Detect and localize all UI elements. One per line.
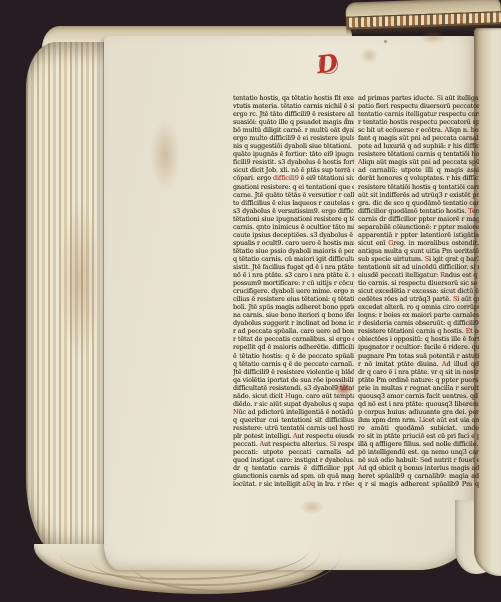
text-line: sicut dicit Job. xli. nō ē ptās sup terr… (233, 166, 354, 174)
text-line: pugnare Pm totas suā potentiā r astutiā (358, 352, 479, 360)
text-line: suasiōi: quāto ille q psuadet magis amat… (233, 118, 354, 126)
text-line: ro sit in ptāte priuciō est cū pri faci … (358, 432, 479, 440)
text-line: repellit qd ē maioris adherētie. diffici… (233, 343, 354, 351)
text-line: q tētatio carnis q ē de peccato carnali. (233, 360, 354, 368)
book-photograph: D tentatio hostis, qa tētatio hostis fit… (0, 0, 501, 602)
text-line: q queritur cui tentationi sit difficiliu… (233, 416, 354, 424)
text-line: nē suā odio habuit: Sed nutrit r fouet e… (358, 456, 479, 464)
text-line: patio fieri respectu diuersorū peccatorū… (358, 102, 479, 110)
text-line: cedētes rōes ad utrāq3 partē. Si aūt qra… (358, 295, 479, 303)
text-line: spualis r ocult9. caro uero ē hostis man… (233, 239, 354, 247)
text-line: p corpus huius: adiuuante gra dei. per (358, 408, 479, 416)
text-line: gnationi resistere: q ei tentationi que … (233, 183, 354, 191)
text-line: plr potest intelligi. Aut respectu eiusd… (233, 432, 354, 440)
text-line: dyabolus suggerit r inclinat ad bona ice… (233, 319, 354, 327)
text-column-left: tentatio hostis, qa tētatio hostis fit e… (233, 94, 354, 488)
text-line: sistit. Jtē facilius fugat qd ē i nra pt… (233, 263, 354, 271)
text-line: nādo. sicut dicit Hugo. caro aūt temptat… (233, 392, 354, 400)
text-line: iocūtat. r sic intelligit aDq in lra. r … (233, 480, 354, 488)
text-line: resistere tētationi carnis q hostis. Et … (358, 327, 479, 335)
text-line: crucifigere. dyaboli uero mime. ergo mul… (233, 287, 354, 295)
text-line: ptāte Pm ordinē nature: q ppter puersita… (358, 376, 479, 384)
text-line: carnis dr difficilior ppter maiorē r mag… (358, 215, 479, 223)
text-line: Nūc ad pdictorū intelligentiā ē notādū: (233, 408, 354, 416)
rubricated-quire-mark: D (316, 51, 340, 77)
text-line: peccati: utpote peccati carnalis ad (233, 448, 354, 456)
text-line: resistere tētationi carnis q tentatiōi h… (358, 150, 479, 158)
text-line: sub specie uirtutum. Si igit qrat q bar3 (358, 255, 479, 263)
text-line: eiusdē peccati itelligatur: Rndus est q … (358, 271, 479, 279)
foxing-speck (384, 40, 387, 43)
text-line: diēdo. r sic aiūt supat dyabolus q supat (233, 400, 354, 408)
text-line: r tētat de peccatis carnalibus. si ergo … (233, 335, 354, 343)
text-line: tētationi siue ipugnationi resistere q t… (233, 215, 354, 223)
text-line: quod instigat caro: instigat r dyabolus.… (233, 456, 354, 464)
text-line: ad carnaliū: utpote illi q magis assi (358, 166, 479, 174)
text-line: vtutis materia. tētatio carnis nichil ē … (233, 102, 354, 110)
text-line: dr q tentatio carnis ē difficilior ppt (233, 464, 354, 472)
text-line: sc bit ut ecōuerso r ecōtra. Aliqn n. bo… (358, 126, 479, 134)
stain (420, 30, 446, 44)
stain (60, 200, 100, 360)
text-line: ipugnator r ocultior: facile ē ridere. q… (358, 343, 479, 351)
text-line: aūt sit indifferēs ad utrūq3 r existēt p… (358, 191, 479, 199)
text-line: quāto ipugnās ē fortior: tāto ei9 ipugna… (233, 150, 354, 158)
text-line: caute ipsius deceptiōes. s3 dyabolus ē h… (233, 231, 354, 239)
stain (150, 120, 180, 190)
text-line: nō ē i nra ptāte. s3 caro i nra ptāte ē.… (233, 271, 354, 279)
stain (360, 48, 378, 63)
text-line: dr q caro ē i nra ptāte. vr q sit in nos… (358, 368, 479, 376)
text-line: q tētatio carnis. cū maiori igit difficu… (233, 255, 354, 263)
text-line: excedat alterā. ro q omnia ciro corrūpūt (358, 303, 479, 311)
text-line: ihm xpm drm nrm. Licet aūt est uia amo (358, 416, 479, 424)
text-line: r nō imitat ptāte diuina. Ad illud qd (358, 360, 479, 368)
text-line: resistere tētatiōi hostis q tentatiōi ca… (358, 183, 479, 191)
text-line: cōpari. ergo difficili9 ē ei9 tētationi … (233, 174, 354, 182)
text-line: illā q affligere filius. sed nolle diffi… (358, 440, 479, 448)
text-line: Aliqn aūt magis sūt pni ad peccata spūal… (358, 158, 479, 166)
text-line: difficultatē resistendi. s3 dyabol9 tēta… (233, 384, 354, 392)
text-line: tētatio siue pssio dyaboli maioris ē per… (233, 247, 354, 255)
text-line: giunctionis carnis ad spm. ob quā magis … (233, 472, 354, 480)
text-line: possum9 mortificare: r cū uitijs r cōcup… (233, 279, 354, 287)
text-line: ē tētatio hostis: q ē de peccato spūali (233, 352, 354, 360)
text-line: sicut enī Greg. in moralibus ostendit. (358, 239, 479, 247)
text-line: to difficilius ē eius laqueos r cautelas… (233, 199, 354, 207)
text-line: difficilior quodāmō tentatio hostis. Ten… (358, 207, 479, 215)
stain (300, 500, 324, 514)
text-line: fant q magis sūt pni ad peccata carnalia… (358, 134, 479, 142)
text-line: cilius ē resistere eius tētationi: q tēt… (233, 295, 354, 303)
text-line: r tentatio hostis respectu peccatorū spū… (358, 118, 479, 126)
text-line: separabilē cōiunctionē: r ppter maiores … (358, 223, 479, 231)
text-line: pō intelligendū est. qa nemo unq3 car (358, 448, 479, 456)
text-line: tentatio hostis, qa tētatio hostis fit e… (233, 94, 354, 102)
text-line: ergo multo difficili9 ē ei resistere ipu… (233, 134, 354, 142)
text-line: tio carnis. si respectu diuersorū sic se… (358, 279, 479, 287)
text-line: ficili9 resistit. s3 dyabolus ē hostis f… (233, 158, 354, 166)
text-line: boli. Jtē spūs magis adheret bono pprio … (233, 303, 354, 311)
text-line: nis q suggestiōi dyaboli siue tētationi.… (233, 142, 354, 150)
rubricated-letter: difficili9 (273, 174, 299, 182)
text-line: pote ad luxuriā q ad supbiā: r his diffi… (358, 142, 479, 150)
text-line: qd nō est i nra ptāte: quousq3 liberemur (358, 400, 479, 408)
text-line: tentatio carnis itelligatur respectu car… (358, 110, 479, 118)
text-line: s3 dyabolus ē versutissim9. ergo diffici… (233, 207, 354, 215)
text-line: loqns: r boies ex maiori parte carnales (358, 311, 479, 319)
text-line: re amāti quodāmō subiciat. unde (358, 424, 479, 432)
text-line: derāt honores q voluptates. r his diffic… (358, 174, 479, 182)
text-line: carnis. qnto inimicus ē ocultior tāto mi… (233, 223, 354, 231)
text-line: r ad peccata spūalia. caro uero ad bona (233, 327, 354, 335)
text-line: r desideria carnis obseruūt: q difficili… (358, 319, 479, 327)
text-line: Jtē difficili9 ē resistere violentie q b… (233, 368, 354, 376)
text-line: tentationū sit ad uincēdū difficilior. s… (358, 263, 479, 271)
text-line: q r si magis adherent spūalib9 Pm q (358, 480, 479, 488)
text-line: Ad qd obicit q bonus interius magis ad (358, 464, 479, 472)
text-line: prie in multas r regnat ancilla r seruit (358, 384, 479, 392)
text-line: ad primas partes iducte. Si aūt itelliga… (358, 94, 479, 102)
text-line: na carnis. siue bono iteriori q bono ife… (233, 311, 354, 319)
text-line: gra. dic de sco q quodāmō tentatio carni… (358, 199, 479, 207)
text-line: peccati. Aut respectu alterius. Si respe… (233, 440, 354, 448)
text-line: heret spūalib9 q carnalib9: magia ad (358, 472, 479, 480)
text-line: ergo rc. Jtē tāto difficili9 ē resistere… (233, 110, 354, 118)
text-line: obiectōes i oppositū: q hostis ille ē fo… (358, 335, 479, 343)
text-line: qa violētia iportat de sua rōe ipossibil… (233, 376, 354, 384)
text-line: carne. Jtē quāto tētās ē versutior r cal… (233, 191, 354, 199)
text-column-right: ad primas partes iducte. Si aūt itelliga… (358, 94, 479, 488)
text-line: antiqua multa q sunt uitia Pm ueritatē (358, 247, 479, 255)
text-line: quousq3 amor carnis facit uentres. qd de… (358, 392, 479, 400)
text-line: sicut excedētia r excessa: sicut dictū ē… (358, 287, 479, 295)
text-line: bō multū diligit carnē. r multū oāt dyab… (233, 126, 354, 134)
text-line: apparentiā r ppter latentiorē istigātia (358, 231, 479, 239)
text-line: resistere: utrū tentatōi carnis uel host… (233, 424, 354, 432)
